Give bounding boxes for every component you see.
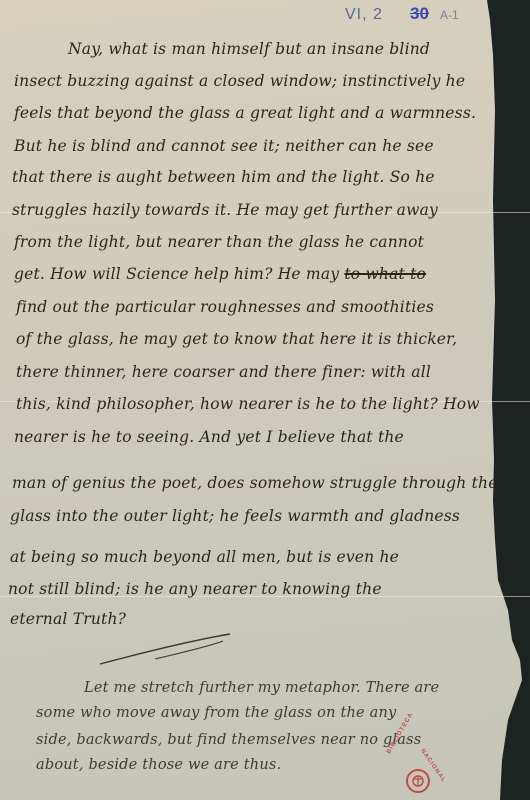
text-line: there thinner, here coarser and there fi… xyxy=(16,363,431,381)
text-line: at being so much beyond all men, but is … xyxy=(10,548,399,566)
text-line: insect buzzing against a closed window; … xyxy=(14,72,465,90)
folio-number-struck: 30 xyxy=(410,4,429,24)
text-line: Nay, what is man himself but an insane b… xyxy=(68,40,430,58)
text-line: eternal Truth? xyxy=(10,610,126,628)
text-line: get. How will Science help him? He may t… xyxy=(14,265,426,283)
text-line: this, kind philosopher, how nearer is he… xyxy=(16,395,480,413)
text-line: side, backwards, but find themselves nea… xyxy=(36,732,421,748)
manuscript-page: VI, 2 30 A-1 Nay, what is man himself bu… xyxy=(0,0,530,800)
text-line: that there is aught between him and the … xyxy=(12,168,435,186)
text-line: of the glass, he may get to know that he… xyxy=(16,330,457,348)
library-stamp: BIBLIOTECA NACIONAL xyxy=(386,748,452,798)
text-line: from the light, but nearer than the glas… xyxy=(14,233,424,251)
text-line: Let me stretch further my metaphor. Ther… xyxy=(84,680,439,696)
struck-text: to what to xyxy=(344,265,426,283)
text-line: But he is blind and cannot see it; neith… xyxy=(14,137,434,155)
text-line: struggles hazily towards it. He may get … xyxy=(12,201,438,219)
text-line: about, beside those we are thus. xyxy=(36,757,281,773)
text-line: some who move away from the glass on the… xyxy=(36,705,396,721)
stamp-emblem-icon xyxy=(405,768,431,794)
text-line: man of genius the poet, does somehow str… xyxy=(12,474,498,492)
text-line: find out the particular roughnesses and … xyxy=(16,298,434,316)
separator-flourish xyxy=(95,632,235,668)
text-line: nearer is he to seeing. And yet I believ… xyxy=(14,428,404,446)
text-line: not still blind; is he any nearer to kno… xyxy=(8,580,382,598)
text-line: glass into the outer light; he feels war… xyxy=(10,507,460,525)
text-line: feels that beyond the glass a great ligh… xyxy=(14,104,476,122)
text-segment: get. How will Science help him? He may xyxy=(14,265,339,283)
folio-number: A-1 xyxy=(440,8,459,22)
call-number: VI, 2 xyxy=(345,6,383,24)
